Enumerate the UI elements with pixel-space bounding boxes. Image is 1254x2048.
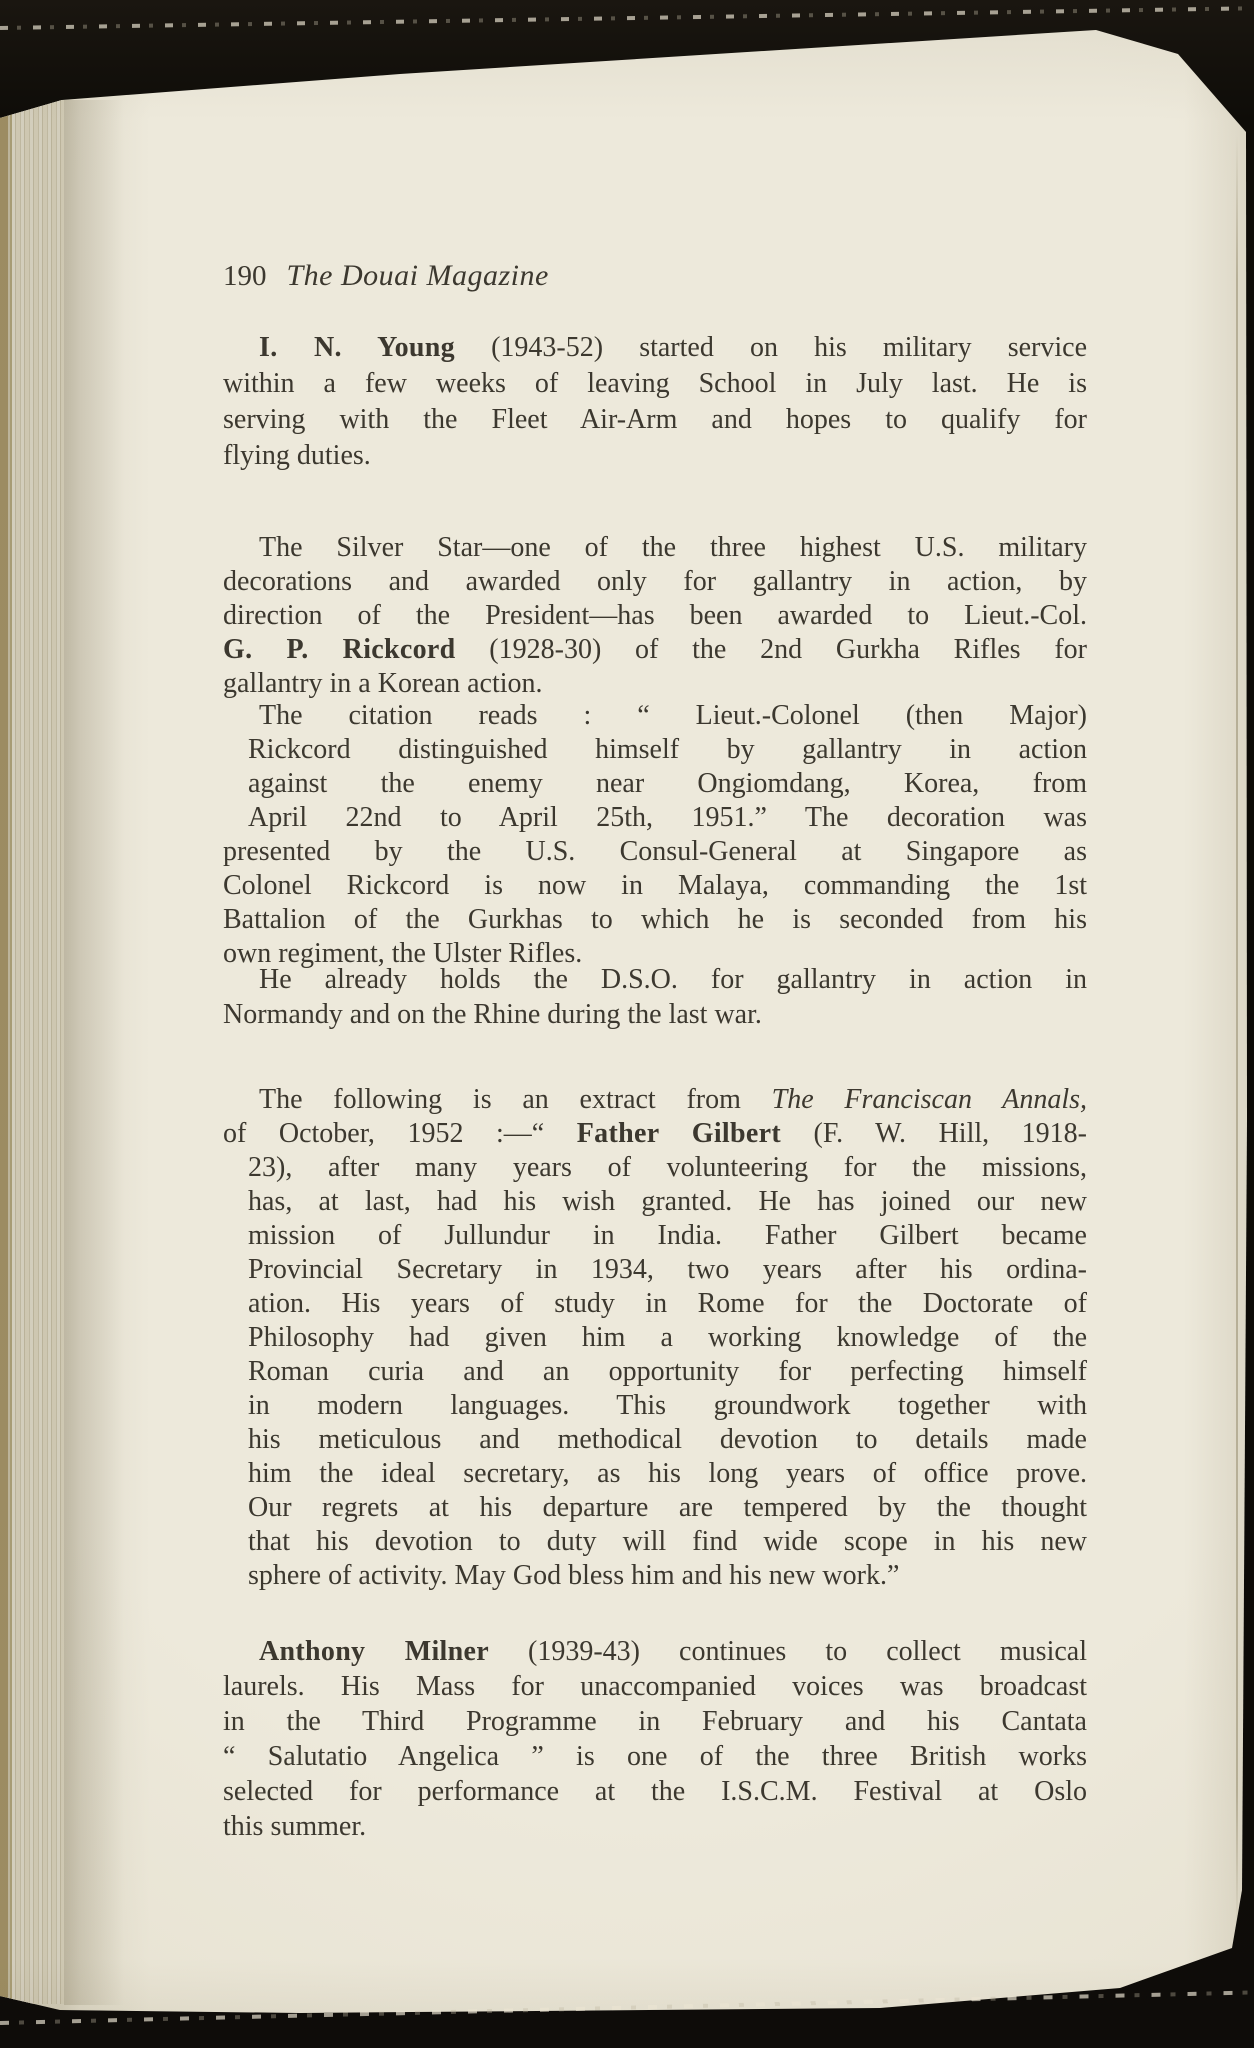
text-line: ation. His years of study in Rome for th…	[223, 1287, 1087, 1321]
paragraph-silverstar: The Silver Star—one of the three highest…	[223, 531, 1087, 701]
text-line: Provincial Secretary in 1934, two years …	[223, 1253, 1087, 1287]
text-line: gallantry in a Korean action.	[223, 667, 1087, 701]
text: “ Salutatio Angelica ” is one of the thr…	[223, 1741, 1087, 1772]
text: selected for performance at the I.S.C.M.…	[223, 1776, 1087, 1807]
book-page: 190 The Douai Magazine I. N. Young (1943…	[0, 0, 1254, 2048]
paragraph-gilbert: The following is an extract from The Fra…	[223, 1083, 1087, 1593]
text: that his devotion to duty will find wide…	[248, 1526, 1087, 1557]
bold-text: Anthony Milner	[259, 1636, 489, 1667]
text: mission of Jullundur in India. Father Gi…	[248, 1220, 1087, 1251]
text: of October, 1952 :—“	[223, 1118, 577, 1149]
text: in the Third Programme in February and h…	[223, 1706, 1087, 1737]
text-line: presented by the U.S. Consul-General at …	[223, 835, 1087, 869]
text-line: flying duties.	[223, 438, 1087, 474]
text: laurels. His Mass for unaccompanied voic…	[223, 1671, 1087, 1702]
page-header: 190 The Douai Magazine	[223, 258, 549, 294]
text: his meticulous and methodical devotion t…	[248, 1424, 1087, 1455]
text: against the enemy near Ongiomdang, Korea…	[248, 768, 1087, 799]
text: Rickcord distinguished himself by gallan…	[248, 734, 1087, 765]
text-line: direction of the President—has been awar…	[223, 599, 1087, 633]
text-line: 23), after many years of volunteering fo…	[223, 1151, 1087, 1185]
text: decorations and awarded only for gallant…	[223, 566, 1087, 597]
text-line: him the ideal secretary, as his long yea…	[223, 1457, 1087, 1491]
text-line: serving with the Fleet Air-Arm and hopes…	[223, 402, 1087, 438]
text-line: mission of Jullundur in India. Father Gi…	[223, 1219, 1087, 1253]
text: gallantry in a Korean action.	[223, 668, 543, 699]
text: (1939-43) continues to collect musical	[489, 1636, 1087, 1667]
page-number: 190	[223, 258, 267, 294]
text: serving with the Fleet Air-Arm and hopes…	[223, 404, 1087, 435]
text: Normandy and on the Rhine during the las…	[223, 999, 762, 1030]
text-line: against the enemy near Ongiomdang, Korea…	[223, 767, 1087, 801]
text: Our regrets at his departure are tempere…	[248, 1492, 1087, 1523]
text-line: decorations and awarded only for gallant…	[223, 565, 1087, 599]
text: ation. His years of study in Rome for th…	[248, 1288, 1087, 1319]
text-line: I. N. Young (1943-52) started on his mil…	[223, 330, 1087, 366]
text-line: Anthony Milner (1939-43) continues to co…	[223, 1634, 1087, 1669]
page-edge-striations	[12, 100, 64, 2004]
bold-text: I. N. Young	[259, 332, 455, 363]
text: Battalion of the Gurkhas to which he is …	[223, 904, 1087, 935]
text: presented by the U.S. Consul-General at …	[223, 836, 1087, 867]
text-line: selected for performance at the I.S.C.M.…	[223, 1774, 1087, 1809]
text-line: Our regrets at his departure are tempere…	[223, 1491, 1087, 1525]
text: flying duties.	[223, 440, 371, 471]
text: sphere of activity. May God bless him an…	[248, 1560, 899, 1591]
text: Provincial Secretary in 1934, two years …	[248, 1254, 1087, 1285]
gutter-shadow	[64, 100, 124, 2005]
text-line: Philosophy had given him a working knowl…	[223, 1321, 1087, 1355]
text: direction of the President—has been awar…	[223, 600, 1087, 631]
italic-text: The Franciscan Annals,	[772, 1084, 1087, 1115]
page-crease-line	[1236, 135, 1238, 1935]
text: in modern languages. This groundwork tog…	[248, 1390, 1087, 1421]
text: (1928-30) of the 2nd Gurkha Rifles for	[456, 634, 1087, 665]
text: has, at last, had his wish granted. He h…	[248, 1186, 1087, 1217]
text-line: within a few weeks of leaving School in …	[223, 366, 1087, 402]
text-line: that his devotion to duty will find wide…	[223, 1525, 1087, 1559]
text-line: Battalion of the Gurkhas to which he is …	[223, 903, 1087, 937]
text-line: The citation reads : “ Lieut.-Colonel (t…	[223, 699, 1087, 733]
text-line: Normandy and on the Rhine during the las…	[223, 997, 1087, 1032]
text: (F. W. Hill, 1918-	[781, 1118, 1087, 1149]
text: this summer.	[223, 1811, 366, 1842]
text: Roman curia and an opportunity for perfe…	[248, 1356, 1087, 1387]
text: April 22nd to April 25th, 1951.” The dec…	[248, 802, 1087, 833]
binding-stitch-top	[0, 6, 1254, 30]
text-line: Rickcord distinguished himself by gallan…	[223, 733, 1087, 767]
magazine-title: The Douai Magazine	[287, 258, 549, 294]
text-line: of October, 1952 :—“ Father Gilbert (F. …	[223, 1117, 1087, 1151]
paragraph-citation: The citation reads : “ Lieut.-Colonel (t…	[223, 699, 1087, 971]
text: Philosophy had given him a working knowl…	[248, 1322, 1087, 1353]
text: The citation reads : “ Lieut.-Colonel (t…	[259, 700, 1087, 731]
text: The following is an extract from	[259, 1084, 772, 1115]
text: him the ideal secretary, as his long yea…	[248, 1458, 1087, 1489]
text: (1943-52) started on his military servic…	[455, 332, 1087, 363]
text-line: The following is an extract from The Fra…	[223, 1083, 1087, 1117]
text-line: April 22nd to April 25th, 1951.” The dec…	[223, 801, 1087, 835]
text-line: “ Salutatio Angelica ” is one of the thr…	[223, 1739, 1087, 1774]
text-line: sphere of activity. May God bless him an…	[223, 1559, 1087, 1593]
text-line: in the Third Programme in February and h…	[223, 1704, 1087, 1739]
text-line: his meticulous and methodical devotion t…	[223, 1423, 1087, 1457]
paragraph-young: I. N. Young (1943-52) started on his mil…	[223, 330, 1087, 474]
text-line: G. P. Rickcord (1928-30) of the 2nd Gurk…	[223, 633, 1087, 667]
page-content: 190 The Douai Magazine I. N. Young (1943…	[223, 0, 1087, 2048]
text-line: laurels. His Mass for unaccompanied voic…	[223, 1669, 1087, 1704]
text-line: Roman curia and an opportunity for perfe…	[223, 1355, 1087, 1389]
page-edge-stack	[0, 100, 64, 2004]
text: He already holds the D.S.O. for gallantr…	[259, 964, 1087, 995]
text-line: Colonel Rickcord is now in Malaya, comma…	[223, 869, 1087, 903]
text-line: He already holds the D.S.O. for gallantr…	[223, 962, 1087, 997]
text-line: this summer.	[223, 1809, 1087, 1844]
scanned-book-photo: { "colors": { "page_paper": "#ece8da", "…	[0, 0, 1254, 2048]
bold-text: G. P. Rickcord	[223, 634, 456, 665]
paragraph-dso: He already holds the D.S.O. for gallantr…	[223, 962, 1087, 1032]
text: 23), after many years of volunteering fo…	[248, 1152, 1087, 1183]
text-line: The Silver Star—one of the three highest…	[223, 531, 1087, 565]
bold-text: Father Gilbert	[577, 1118, 781, 1149]
text-line: in modern languages. This groundwork tog…	[223, 1389, 1087, 1423]
text: within a few weeks of leaving School in …	[223, 368, 1087, 399]
text: Colonel Rickcord is now in Malaya, comma…	[223, 870, 1087, 901]
paragraph-milner: Anthony Milner (1939-43) continues to co…	[223, 1634, 1087, 1844]
text: The Silver Star—one of the three highest…	[259, 532, 1087, 563]
text-line: has, at last, had his wish granted. He h…	[223, 1185, 1087, 1219]
